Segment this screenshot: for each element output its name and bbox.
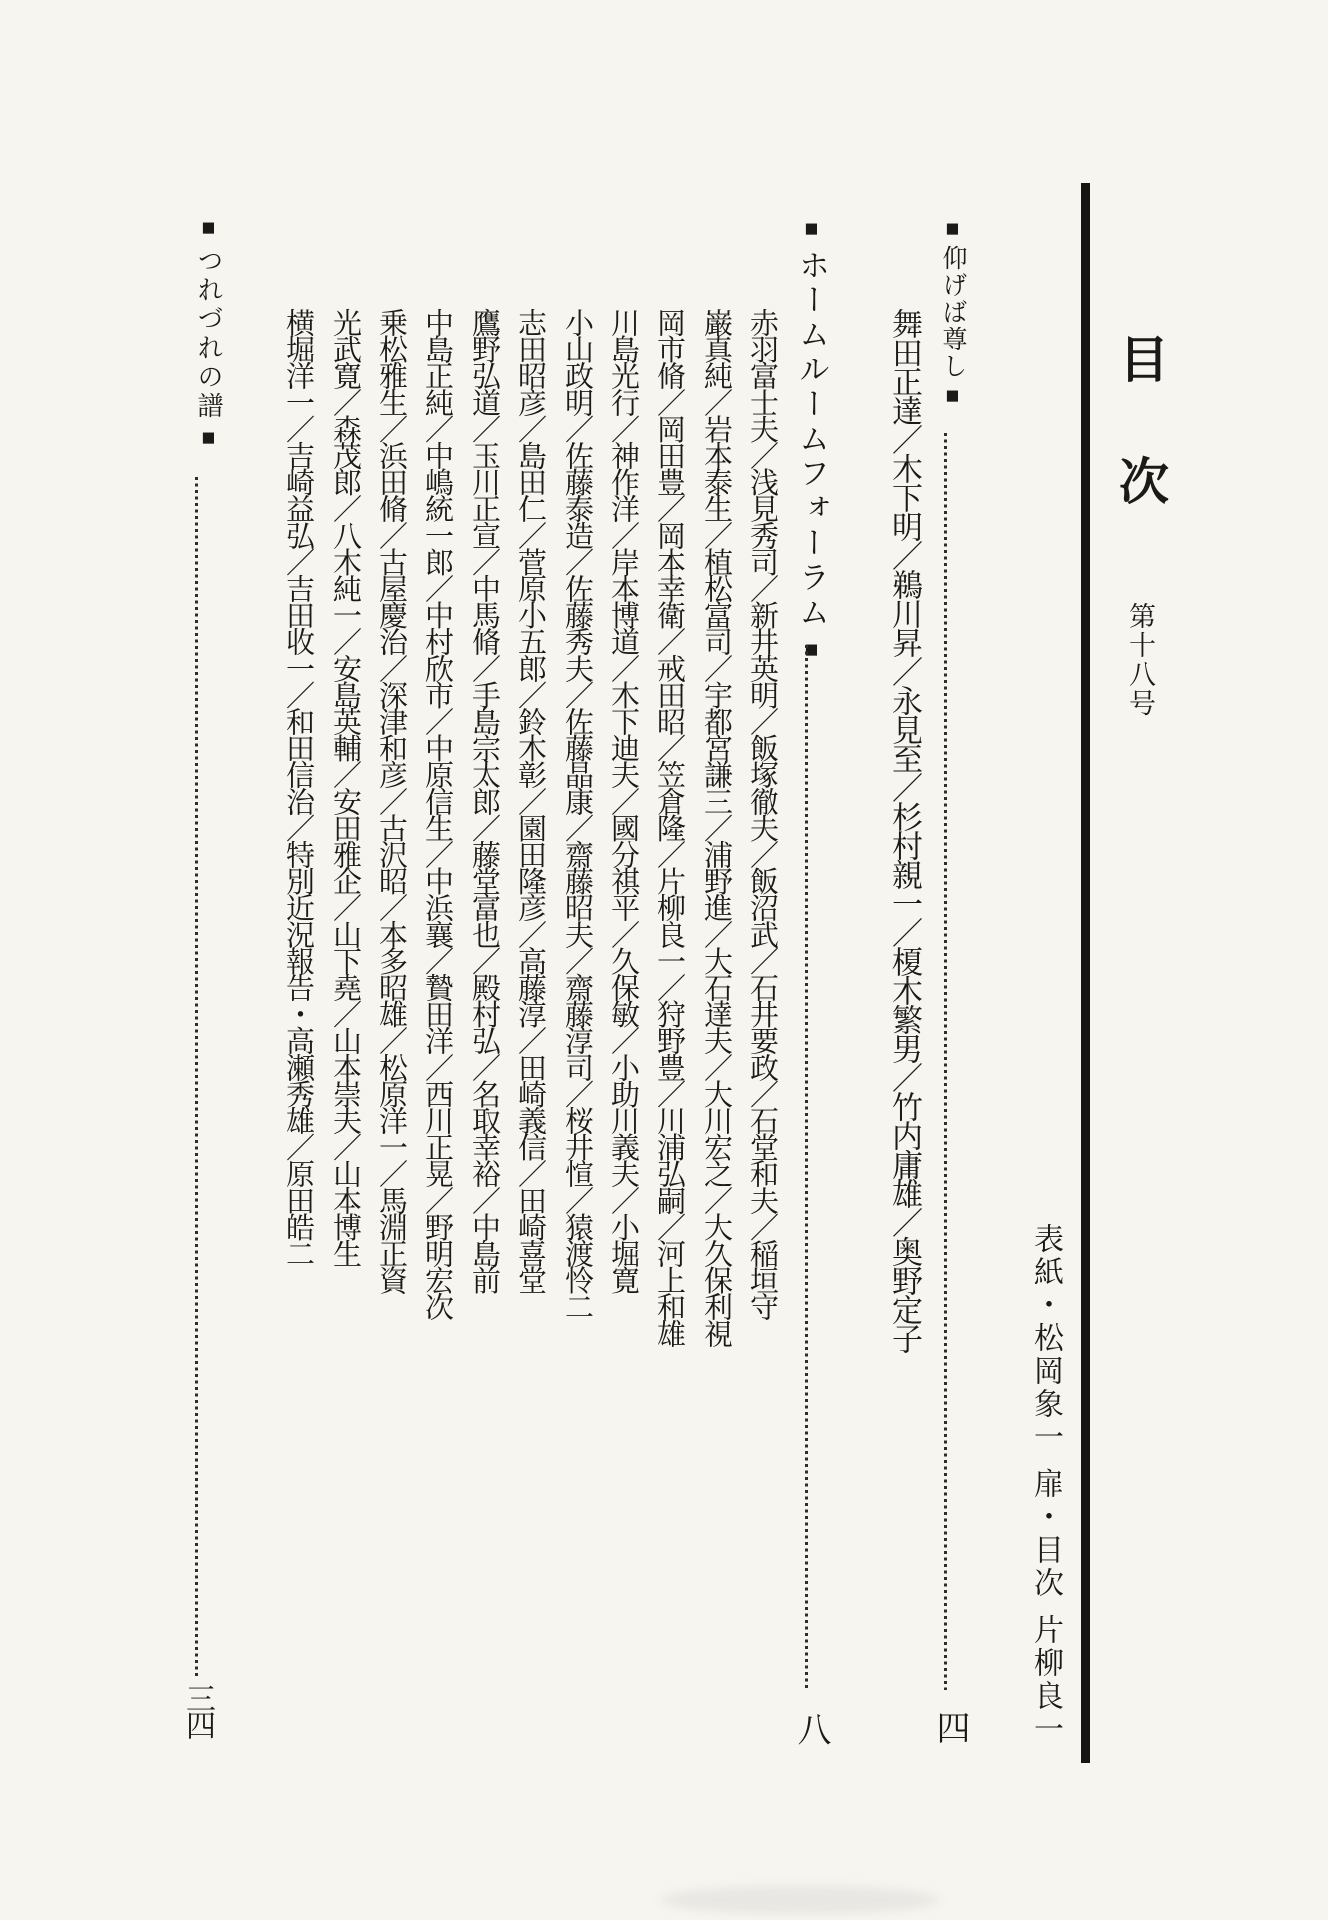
issue-number: 第十八号	[1125, 602, 1155, 718]
name-column: 横堀洋一／吉崎益弘／吉田收一／和田信治／特別近況報告・高瀬秀雄／原田皓二	[272, 308, 312, 1266]
ornament-square-bottom: ■	[799, 637, 824, 662]
name-column: 小山政明／佐藤泰造／佐藤秀夫／佐藤晶康／齋藤昭夫／齋藤淳司／桜井愃／猿渡怜二	[551, 308, 591, 1319]
ornament-square-top: ■	[799, 216, 824, 241]
name-column: 岡市脩／岡田豊／岡本幸衛／戒田昭／笠倉隆／片柳良一／狩野豊／川浦弘嗣／河上和雄	[643, 308, 683, 1345]
toc-page: 目次第十八号 表紙・松岡象一扉・目次片柳良一 ■仰げば尊し■四舞田正達／木下明／…	[0, 0, 1328, 1920]
name-column: 舞田正達／木下明／鵜川昇／永見至／杉村親一／榎木繁男／竹内庸雄／奥野定子	[878, 308, 920, 1352]
ornament-square-bottom: ■	[940, 383, 965, 408]
name-column: 志田昭彦／島田仁／菅原小五郎／鈴木彰／園田隆彦／高藤淳／田崎義信／田崎喜堂	[504, 308, 544, 1292]
section-header: ■つれづれの譜■	[185, 215, 221, 450]
section-header: ■仰げば尊し■	[929, 216, 965, 408]
section-page-number: 八	[789, 1712, 827, 1743]
credit-cover: 表紙・松岡象一	[1029, 1223, 1062, 1454]
name-column: 乗松雅生／浜田脩／古屋慶治／深津和彦／古沢昭／本多昭雄／松原洋一／馬淵正資	[365, 308, 405, 1292]
dotted-leader	[805, 645, 808, 1688]
credit-tobira-toc: 扉・目次	[1029, 1468, 1062, 1600]
name-column: 川島光行／神作洋／岸本博道／木下迪夫／國分祺平／久保敏／小助川義夫／小堀寛	[597, 308, 637, 1292]
scan-smudge	[660, 1886, 940, 1914]
credits: 表紙・松岡象一扉・目次片柳良一	[1022, 1223, 1060, 1746]
credit-artist: 片柳良一	[1029, 1614, 1062, 1746]
section-header: ■ホームルームフォーラム■	[791, 216, 827, 662]
section-title: ホームルームフォーラム	[794, 249, 829, 631]
title-text: 目次	[1112, 333, 1168, 577]
vertical-rule	[1081, 183, 1090, 1763]
name-column: 巌真純／岩本泰生／植松富司／宇都宮謙三／浦野進／大石達夫／大川宏之／大久保利視	[690, 308, 730, 1345]
name-column: 鷹野弘道／玉川正宣／中馬脩／手島宗太郎／藤堂富也／殿村弘／名取幸裕／中島前	[458, 308, 498, 1292]
section-page-number: 三四	[174, 1683, 212, 1737]
section-title: つれづれの譜	[194, 247, 223, 421]
ornament-square-bottom: ■	[196, 425, 221, 450]
page-title: 目次第十八号	[1105, 333, 1165, 718]
ornament-square-top: ■	[940, 216, 965, 241]
name-column: 中島正純／中嶋統一郎／中村欣市／中原信生／中浜襄／贄田洋／西川正晃／野明宏次	[411, 308, 451, 1319]
ornament-square-top: ■	[196, 215, 221, 240]
section-title: 仰げば尊し	[939, 245, 966, 380]
dotted-leader	[944, 433, 947, 1690]
dotted-leader	[195, 477, 198, 1676]
name-column: 赤羽富士夫／浅見秀司／新井英明／飯塚徹夫／飯沼武／石井要政／石堂和夫／稲垣守	[736, 308, 776, 1319]
name-column: 光武寛／森茂郎／八木純一／安島英輔／安田雅企／山下堯／山本崇夫／山本博生	[319, 308, 359, 1266]
section-page-number: 四	[928, 1710, 966, 1741]
